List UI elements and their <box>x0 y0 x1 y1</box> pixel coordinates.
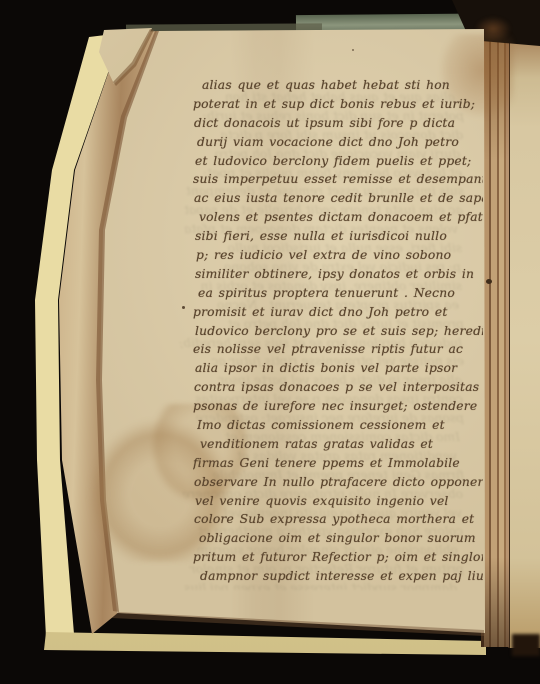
binding-shadow-bottom-right <box>512 634 540 656</box>
manuscript-line: Imo dictas comissionem cessionem et <box>197 416 483 435</box>
manuscript-line: promisit et iurav dict dno Joh petro et <box>193 303 483 322</box>
manuscript-line: firmas Geni tenere ppems et Immolabile <box>193 454 483 473</box>
manuscript-line: ea spiritus proptera tenuerunt . Necno <box>198 284 483 303</box>
facing-page-edge-right <box>508 38 540 648</box>
manuscript-line: poterat in et sup dict bonis rebus et iu… <box>193 95 483 114</box>
manuscript-line: eis nolisse vel ptravenisse riptis futur… <box>193 340 483 359</box>
manuscript-line: similiter obtinere, ipsy donatos et orbi… <box>195 265 483 284</box>
ink-speck <box>486 279 492 284</box>
manuscript-line: venditionem ratas gratas validas et <box>200 435 483 454</box>
manuscript-line: et ludovico berclony fidem puelis et ppe… <box>195 152 483 171</box>
manuscript-line: durij viam vocacione dict dno Joh petro <box>197 133 483 152</box>
manuscript-line: ac eius iusta tenore cedit brunlle et de… <box>194 189 483 208</box>
manuscript-line: pritum et futuror Refectior p; oim et si… <box>193 548 483 567</box>
manuscript-line: vel venire quovis exquisito ingenio vel <box>195 492 483 511</box>
manuscript-photo: alias que et quas habet hebat sti honpot… <box>0 0 540 684</box>
ink-speck <box>182 306 185 309</box>
manuscript-line: alias que et quas habet hebat sti hon <box>202 76 483 95</box>
manuscript-line: dict donacois ut ipsum sibi fore p dicta <box>194 114 483 133</box>
manuscript-line: ludovico berclony pro se et suis sep; he… <box>195 322 483 341</box>
manuscript-line: obligacione oim et singulor bonor suorum <box>199 529 483 548</box>
manuscript-line: p; res iudicio vel extra de vino sobono <box>196 246 483 265</box>
manuscript-line: colore Sub expressa ypotheca morthera et <box>194 510 483 529</box>
manuscript-line: volens et psentes dictam donacoem et pfa… <box>199 208 483 227</box>
manuscript-text: alias que et quas habet hebat sti honpot… <box>193 76 483 590</box>
manuscript-line: observare In nullo ptrafacere dicto oppo… <box>194 473 483 492</box>
manuscript-line: dampnor supdict interesse et expen paj l… <box>200 567 483 586</box>
manuscript-line: suis imperpetuu esset remisse et desempa… <box>193 170 483 189</box>
manuscript-line: sibi fieri, esse nulla et iurisdicoi nul… <box>195 227 483 246</box>
manuscript-line: alia ipsor in dictis bonis vel parte ips… <box>195 359 483 378</box>
manuscript-line: psonas de iurefore nec insurget; ostende… <box>193 397 483 416</box>
ink-speck <box>352 49 354 51</box>
manuscript-line: contra ipsas donacoes p se vel interposi… <box>194 378 483 397</box>
